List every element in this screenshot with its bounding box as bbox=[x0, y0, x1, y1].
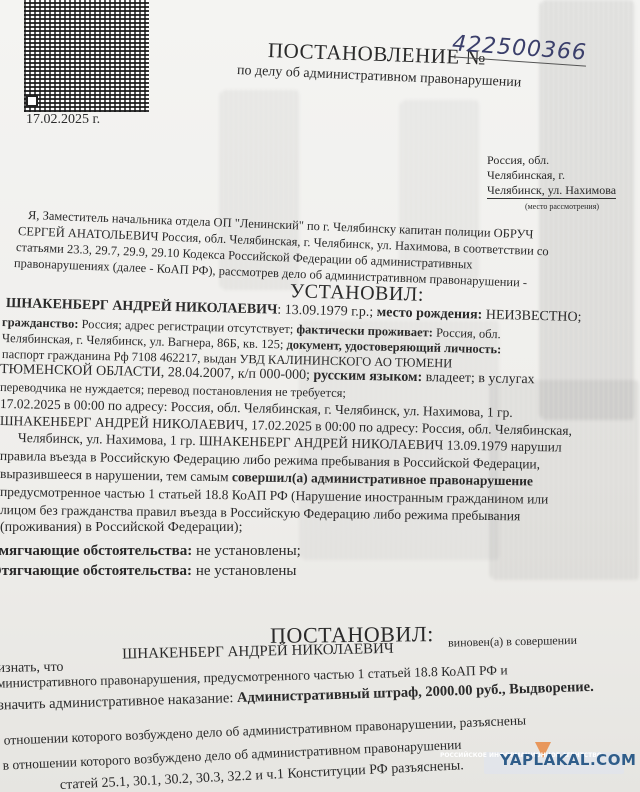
qr-finder-pattern bbox=[26, 95, 38, 107]
violation-committed: совершил(а) административное правонаруше… bbox=[232, 469, 533, 488]
ruling-text: виновен(а) в совершении bbox=[448, 633, 577, 651]
place-of-review: Россия, обл. Челябинская, г. Челябинск, … bbox=[487, 153, 617, 214]
mitigating-value: не установлены; bbox=[196, 543, 301, 559]
place-line: Челябинская, г. bbox=[487, 168, 617, 183]
residence-label: фактически проживает: bbox=[296, 322, 433, 339]
language-label: русским языком: bbox=[313, 368, 422, 385]
aggravating-value: не установлены bbox=[196, 563, 297, 579]
penalty-label: назначить административное наказание: bbox=[0, 690, 234, 714]
mitigating-circumstances: Смягчающие обстоятельства: не установлен… bbox=[0, 543, 301, 560]
citizenship-label: гражданство: bbox=[2, 315, 79, 331]
residence-value: Россия, обл. bbox=[436, 326, 501, 342]
document-date: 17.02.2025 г. bbox=[26, 112, 100, 128]
place-caption: (место рассмотрения) bbox=[507, 199, 617, 214]
place-line: Россия, обл. bbox=[487, 153, 617, 168]
birthplace-label: место рождения: bbox=[377, 305, 483, 323]
violation-text: выразившееся в нарушении, тем самым bbox=[0, 466, 229, 484]
aggravating-label: Отягчающие обстоятельства: bbox=[0, 563, 192, 579]
offender-name: ШНАКЕНБЕРГ АНДРЕЙ НИКОЛАЕВИЧ bbox=[6, 296, 278, 318]
qr-code bbox=[24, 0, 149, 112]
birth-date: : 13.09.1979 г.р.; bbox=[277, 303, 373, 320]
rights-articles: статей 25.1, 30.1, 30.2, 30.3, 32.2 и ч.… bbox=[60, 767, 285, 792]
language-value: владеет; в услугах bbox=[426, 370, 535, 387]
offender-name: ШНАКЕНБЕРГ АНДРЕЙ НИКОЛАЕВИЧ bbox=[122, 641, 394, 664]
aggravating-circumstances: Отягчающие обстоятельства: не установлен… bbox=[0, 563, 296, 580]
watermark-logo: YAPLAKAL.COM bbox=[500, 751, 636, 769]
place-line: Челябинск, ул. Нахимова bbox=[487, 183, 616, 199]
rights-text: Конституции РФ разъяснены. bbox=[287, 758, 464, 782]
mitigating-label: Смягчающие обстоятельства: bbox=[0, 543, 192, 559]
birthplace-value: НЕИЗВЕСТНО; bbox=[486, 308, 582, 325]
scanned-document: 17.02.2025 г. ПОСТАНОВЛЕНИЕ № 422500366 … bbox=[0, 0, 640, 792]
established-line: (проживания) в Российской Федерации); bbox=[0, 520, 242, 536]
